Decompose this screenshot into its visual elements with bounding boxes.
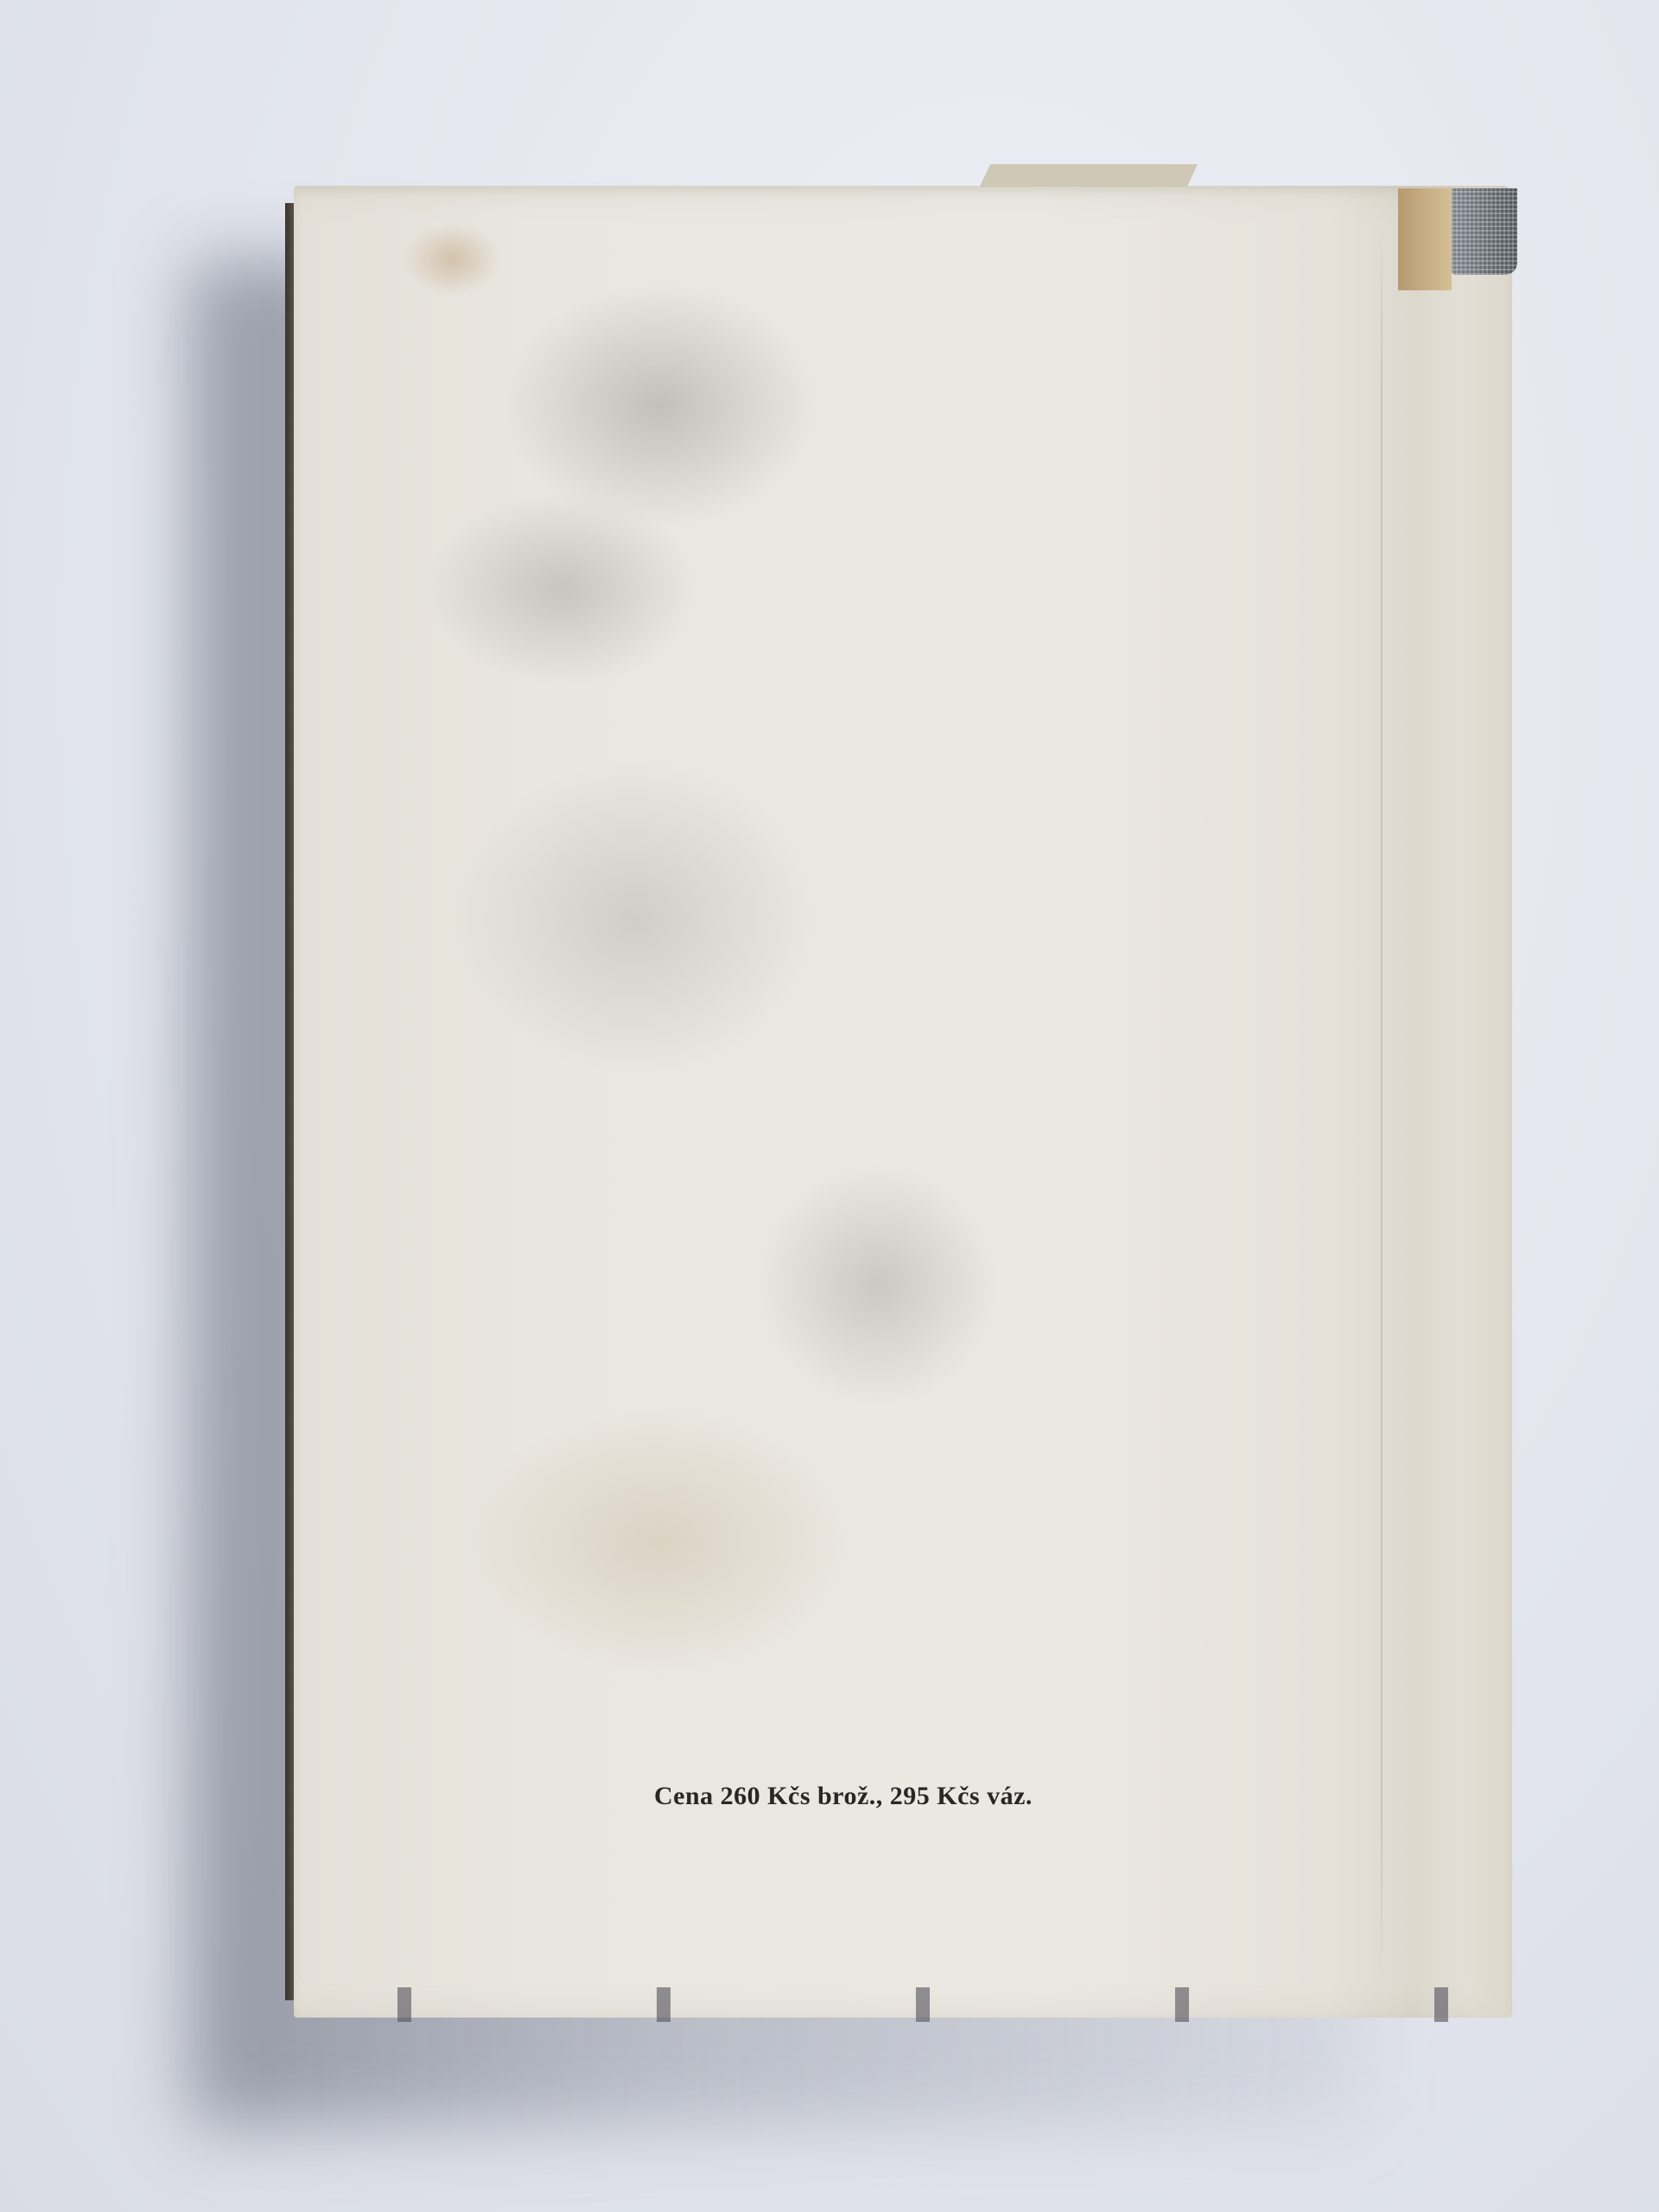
book xyxy=(285,186,1516,2022)
cloth-spine-corner xyxy=(1452,188,1517,275)
torn-jacket-bottom-edge xyxy=(294,1987,1503,2022)
exposed-board-corner xyxy=(1398,188,1452,290)
torn-jacket-top-edge xyxy=(980,164,1198,187)
dust-jacket-back-cover xyxy=(294,186,1512,2018)
jacket-fold-line xyxy=(1381,220,1382,1983)
price-label: Cena 260 Kčs brož., 295 Kčs váz. xyxy=(654,1782,1033,1811)
